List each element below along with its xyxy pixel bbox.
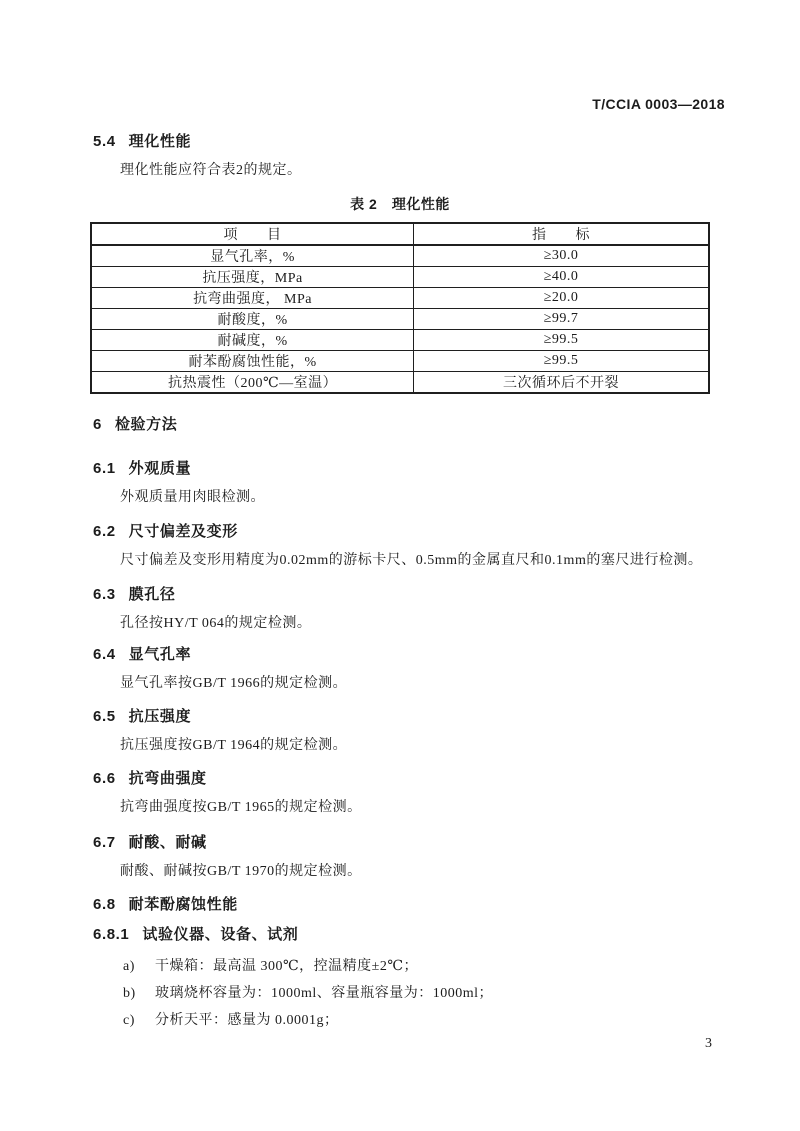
column-header-spec: 指 标 [414, 223, 709, 245]
table-cell: 抗压强度，MPa [91, 267, 414, 288]
list-item: b) 玻璃烧杯容量为：1000ml、容量瓶容量为：1000ml； [123, 985, 725, 1003]
section-number: 6.2 [93, 523, 116, 541]
page-content: T/CCIA 0003—2018 5.4 理化性能 理化性能应符合表2的规定。 … [0, 0, 800, 1030]
section-paragraph: 理化性能应符合表2的规定。 [120, 162, 725, 180]
section-number: 6.8.1 [93, 926, 129, 944]
item-text: 分析天平：感量为 0.0001g； [155, 1012, 339, 1030]
section-heading-6-4: 6.4 显气孔率 [93, 646, 725, 664]
section-title: 耐酸、耐碱 [129, 834, 207, 852]
section-number: 6.4 [93, 646, 116, 664]
section-heading-6-8-1: 6.8.1 试验仪器、设备、试剂 [93, 926, 725, 944]
section-heading-6-8: 6.8 耐苯酚腐蚀性能 [93, 896, 725, 914]
section-number: 6.6 [93, 770, 116, 788]
item-label: b) [123, 985, 155, 1003]
section-title: 检验方法 [115, 416, 177, 434]
table-row: 耐苯酚腐蚀性能，% ≥99.5 [91, 351, 709, 372]
table-row: 抗压强度，MPa ≥40.0 [91, 267, 709, 288]
table-cell: 抗弯曲强度， MPa [91, 288, 414, 309]
column-header-item: 项 目 [91, 223, 414, 245]
list-item: c) 分析天平：感量为 0.0001g； [123, 1012, 725, 1030]
section-paragraph: 显气孔率按GB/T 1966的规定检测。 [120, 675, 725, 693]
section-number: 6.1 [93, 460, 116, 478]
table-cell: 耐苯酚腐蚀性能，% [91, 351, 414, 372]
section-number: 6.8 [93, 896, 116, 914]
table-row: 耐酸度，% ≥99.7 [91, 309, 709, 330]
section-title: 抗压强度 [129, 708, 191, 726]
section-number: 6.5 [93, 708, 116, 726]
table-cell: 耐酸度，% [91, 309, 414, 330]
table-cell: ≥99.7 [414, 309, 709, 330]
section-paragraph: 尺寸偏差及变形用精度为0.02mm的游标卡尺、0.5mm的金属直尺和0.1mm的… [120, 552, 725, 570]
table-caption: 表 2 理化性能 [90, 196, 710, 213]
table-row: 抗弯曲强度， MPa ≥20.0 [91, 288, 709, 309]
section-number: 6.7 [93, 834, 116, 852]
table-row: 显气孔率，% ≥30.0 [91, 245, 709, 267]
item-label: a) [123, 958, 155, 976]
section-title: 显气孔率 [129, 646, 191, 664]
section-paragraph: 抗弯曲强度按GB/T 1965的规定检测。 [120, 799, 725, 817]
section-heading-5-4: 5.4 理化性能 [93, 133, 725, 151]
table-header-row: 项 目 指 标 [91, 223, 709, 245]
table-cell: 抗热震性（200℃—室温） [91, 372, 414, 394]
item-text: 玻璃烧杯容量为：1000ml、容量瓶容量为：1000ml； [155, 985, 493, 1003]
section-heading-6-1: 6.1 外观质量 [93, 460, 725, 478]
section-title: 膜孔径 [129, 586, 176, 604]
table-row: 抗热震性（200℃—室温） 三次循环后不开裂 [91, 372, 709, 394]
section-title: 理化性能 [129, 133, 191, 151]
table-cell: 显气孔率，% [91, 245, 414, 267]
section-title: 试验仪器、设备、试剂 [142, 926, 298, 944]
list-item: a) 干燥箱：最高温 300℃，控温精度±2℃； [123, 958, 725, 976]
table-cell: ≥99.5 [414, 351, 709, 372]
table-cell: ≥99.5 [414, 330, 709, 351]
section-paragraph: 抗压强度按GB/T 1964的规定检测。 [120, 737, 725, 755]
item-label: c) [123, 1012, 155, 1030]
item-text: 干燥箱：最高温 300℃，控温精度±2℃； [155, 958, 418, 976]
table-cell: 耐碱度，% [91, 330, 414, 351]
table-cell: ≥30.0 [414, 245, 709, 267]
section-number: 6.3 [93, 586, 116, 604]
document-page: T/CCIA 0003—2018 5.4 理化性能 理化性能应符合表2的规定。 … [0, 0, 800, 1131]
section-title: 外观质量 [129, 460, 191, 478]
section-paragraph: 孔径按HY/T 064的规定检测。 [120, 615, 725, 633]
section-heading-6: 6 检验方法 [93, 416, 725, 434]
table-row: 耐碱度，% ≥99.5 [91, 330, 709, 351]
section-title: 尺寸偏差及变形 [129, 523, 238, 541]
section-paragraph: 外观质量用肉眼检测。 [120, 489, 725, 507]
equipment-list: a) 干燥箱：最高温 300℃，控温精度±2℃； b) 玻璃烧杯容量为：1000… [123, 958, 725, 1030]
section-heading-6-6: 6.6 抗弯曲强度 [93, 770, 725, 788]
table-cell: 三次循环后不开裂 [414, 372, 709, 394]
table-cell: ≥40.0 [414, 267, 709, 288]
section-title: 耐苯酚腐蚀性能 [129, 896, 238, 914]
section-number: 6 [93, 416, 102, 434]
section-heading-6-7: 6.7 耐酸、耐碱 [93, 834, 725, 852]
section-paragraph: 耐酸、耐碱按GB/T 1970的规定检测。 [120, 863, 725, 881]
standard-code: T/CCIA 0003—2018 [93, 96, 725, 112]
page-number: 3 [705, 1036, 712, 1052]
table-cell: ≥20.0 [414, 288, 709, 309]
section-heading-6-2: 6.2 尺寸偏差及变形 [93, 523, 725, 541]
section-number: 5.4 [93, 133, 116, 151]
section-title: 抗弯曲强度 [129, 770, 207, 788]
physical-properties-table: 项 目 指 标 显气孔率，% ≥30.0 抗压强度，MPa ≥40.0 抗弯曲强… [90, 222, 710, 394]
section-heading-6-5: 6.5 抗压强度 [93, 708, 725, 726]
section-heading-6-3: 6.3 膜孔径 [93, 586, 725, 604]
